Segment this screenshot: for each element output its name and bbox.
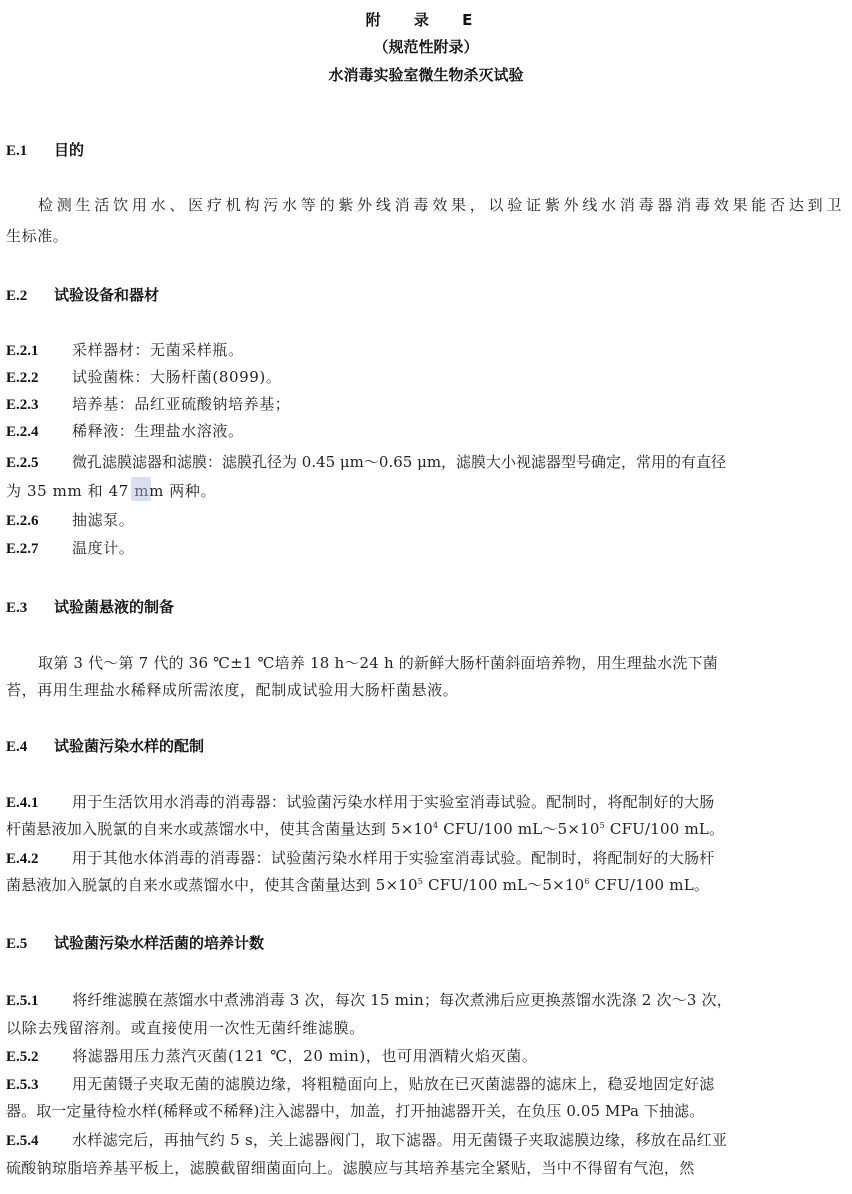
clause-number: E.5.3 (6, 1075, 72, 1095)
clause-text: 用于生活饮用水消毒的消毒器：试验菌污染水样用于实验室消毒试验。配制时，将配制好的… (72, 793, 715, 811)
paragraph-line: 检测生活饮用水、医疗机构污水等的紫外线消毒效果，以验证紫外线水消毒器消毒效果能否… (6, 195, 842, 215)
clause-continuation: 硫酸钠琼脂培养基平板上，滤膜截留细菌面向上。滤膜应与其培养基完全紧贴，当中不得留… (6, 1158, 842, 1178)
clause-continuation: 菌悬液加入脱氯的自来水或蒸馏水中，使其含菌量达到 5×105 CFU/100 m… (6, 875, 842, 895)
clause-e4-1: E.4.1用于生活饮用水消毒的消毒器：试验菌污染水样用于实验室消毒试验。配制时，… (6, 792, 842, 813)
document-title: 水消毒实验室微生物杀灭试验 (0, 65, 852, 85)
section-heading-e3: E.3试验菌悬液的制备 (6, 597, 174, 618)
clause-number: E.2.6 (6, 511, 72, 531)
section-number: E.3 (6, 598, 54, 618)
text-segment: 杆菌悬液加入脱氯的自来水或蒸馏水中，使其含菌量达到 5×10 (6, 820, 433, 838)
clause-continuation: 以除去残留溶剂。或直接使用一次性无菌纤维滤膜。 (6, 1018, 842, 1038)
text-segment: CFU/100 mL～5×10 (423, 876, 584, 894)
text-segment: 菌悬液加入脱氯的自来水或蒸馏水中，使其含菌量达到 5×10 (6, 876, 418, 894)
section-title: 试验菌悬液的制备 (54, 598, 174, 616)
clause-e2-4: E.2.4稀释液：生理盐水溶液。 (6, 421, 842, 442)
paragraph-line: 生标准。 (6, 226, 842, 246)
section-heading-e1: E.1目的 (6, 140, 84, 161)
appendix-type: （规范性附录） (0, 37, 852, 57)
clause-text: 采样器材：无菌采样瓶。 (72, 341, 244, 359)
clause-text: 将滤器用压力蒸汽灭菌(121 ℃，20 min)，也可用酒精火焰灭菌。 (72, 1047, 537, 1065)
clause-text: 将纤维滤膜在蒸馏水中煮沸消毒 3 次，每次 15 min；每次煮沸后应更换蒸馏水… (72, 991, 732, 1009)
clause-number: E.2.3 (6, 395, 72, 415)
clause-e5-4: E.5.4水样滤完后，再抽气约 5 s，关上滤器阀门，取下滤器。用无菌镊子夹取滤… (6, 1130, 842, 1151)
clause-e2-3: E.2.3培养基：品红亚硫酸钠培养基； (6, 394, 842, 415)
text-segment: CFU/100 mL。 (605, 820, 724, 838)
clause-text: 稀释液：生理盐水溶液。 (72, 422, 244, 440)
clause-number: E.5.1 (6, 991, 72, 1011)
clause-number: E.2.4 (6, 422, 72, 442)
paragraph-line: 苔，再用生理盐水稀释成所需浓度，配制成试验用大肠杆菌悬液。 (6, 680, 842, 700)
clause-e2-7: E.2.7温度计。 (6, 538, 842, 559)
section-heading-e2: E.2试验设备和器材 (6, 285, 159, 306)
selection-highlight (131, 477, 151, 501)
section-number: E.1 (6, 141, 54, 161)
clause-e5-1: E.5.1将纤维滤膜在蒸馏水中煮沸消毒 3 次，每次 15 min；每次煮沸后应… (6, 990, 842, 1011)
clause-text: 水样滤完后，再抽气约 5 s，关上滤器阀门，取下滤器。用无菌镊子夹取滤膜边缘，移… (72, 1131, 727, 1149)
section-heading-e5: E.5试验菌污染水样活菌的培养计数 (6, 933, 264, 954)
clause-continuation: 器。取一定量待检水样(稀释或不稀释)注入滤器中，加盖，打开抽滤器开关，在负压 0… (6, 1101, 842, 1121)
clause-text: 用无菌镊子夹取无菌的滤膜边缘，将粗糙面向上，贴放在已灭菌滤器的滤床上，稳妥地固定… (72, 1075, 715, 1093)
clause-text: 抽滤泵。 (72, 511, 134, 529)
clause-number: E.2.1 (6, 341, 72, 361)
section-heading-e4: E.4试验菌污染水样的配制 (6, 736, 204, 757)
text-segment: CFU/100 mL～5×10 (438, 820, 599, 838)
section-number: E.4 (6, 737, 54, 757)
clause-e4-2: E.4.2用于其他水体消毒的消毒器：试验菌污染水样用于实验室消毒试验。配制时，将… (6, 848, 842, 869)
clause-e2-5: E.2.5微孔滤膜滤器和滤膜：滤膜孔径为 0.45 μm～0.65 μm，滤膜大… (6, 452, 842, 473)
clause-number: E.2.2 (6, 368, 72, 388)
section-number: E.5 (6, 934, 54, 954)
document-page: 附 录 E （规范性附录） 水消毒实验室微生物杀灭试验 E.1目的 检测生活饮用… (0, 0, 852, 1194)
clause-text: 微孔滤膜滤器和滤膜：滤膜孔径为 0.45 μm～0.65 μm，滤膜大小视滤器型… (72, 453, 726, 471)
appendix-label: 附 录 E (0, 10, 852, 30)
clause-number: E.4.2 (6, 849, 72, 869)
text-segment: CFU/100 mL。 (590, 876, 709, 894)
section-title: 目的 (54, 141, 84, 159)
clause-number: E.5.2 (6, 1047, 72, 1067)
section-title: 试验菌污染水样活菌的培养计数 (54, 934, 264, 952)
clause-text: 温度计。 (72, 539, 134, 557)
clause-text: 用于其他水体消毒的消毒器：试验菌污染水样用于实验室消毒试验。配制时，将配制好的大… (72, 849, 715, 867)
clause-e5-3: E.5.3用无菌镊子夹取无菌的滤膜边缘，将粗糙面向上，贴放在已灭菌滤器的滤床上，… (6, 1074, 842, 1095)
clause-continuation: 杆菌悬液加入脱氯的自来水或蒸馏水中，使其含菌量达到 5×104 CFU/100 … (6, 819, 842, 839)
clause-e2-2: E.2.2试验菌株：大肠杆菌(8099)。 (6, 367, 842, 388)
clause-e2-1: E.2.1采样器材：无菌采样瓶。 (6, 340, 842, 361)
paragraph-line: 取第 3 代～第 7 代的 36 ℃±1 ℃培养 18 h～24 h 的新鲜大肠… (6, 653, 842, 673)
clause-number: E.4.1 (6, 793, 72, 813)
clause-number: E.5.4 (6, 1131, 72, 1151)
section-number: E.2 (6, 286, 54, 306)
section-title: 试验设备和器材 (54, 286, 159, 304)
section-title: 试验菌污染水样的配制 (54, 737, 204, 755)
clause-number: E.2.7 (6, 539, 72, 559)
clause-number: E.2.5 (6, 453, 72, 473)
clause-e2-6: E.2.6抽滤泵。 (6, 510, 842, 531)
clause-text: 培养基：品红亚硫酸钠培养基； (72, 395, 290, 413)
clause-text: 试验菌株：大肠杆菌(8099)。 (72, 368, 281, 386)
clause-e5-2: E.5.2将滤器用压力蒸汽灭菌(121 ℃，20 min)，也可用酒精火焰灭菌。 (6, 1046, 842, 1067)
